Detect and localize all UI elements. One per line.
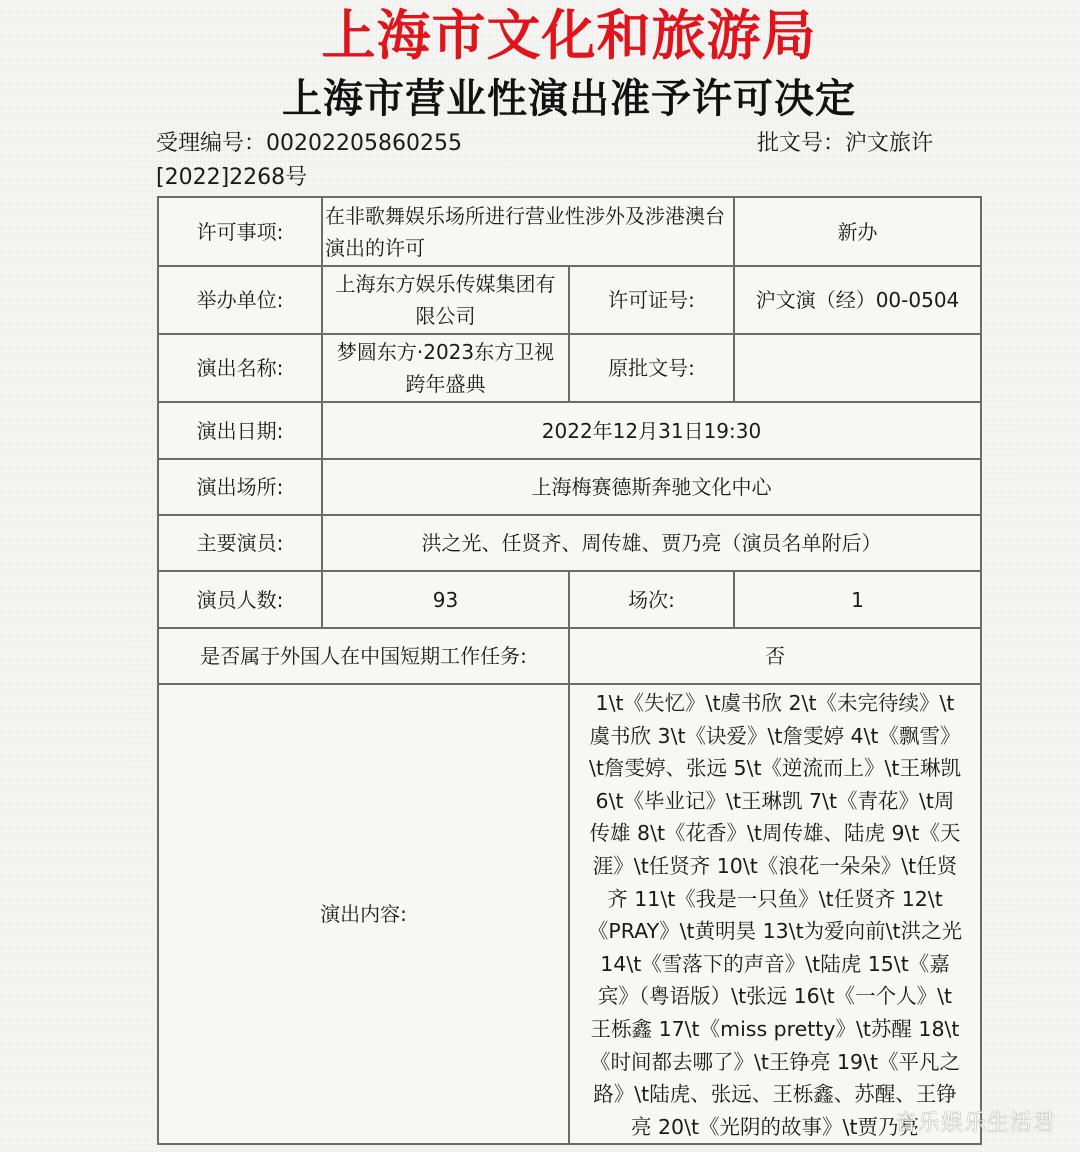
- content-line: 6\t《毕业记》\t王琳凯 7\t《青花》\t周: [572, 785, 978, 818]
- content-line: 路》\t陆虎、张远、王栎鑫、苏醒、王铮: [572, 1078, 978, 1111]
- content-line: 14\t《雪落下的声音》\t陆虎 15\t《嘉: [572, 948, 978, 981]
- acceptance-number-label: 受理编号：: [156, 131, 266, 156]
- show-name-label: 演出名称:: [158, 334, 322, 402]
- content-line: 涯》\t任贤齐 10\t《浪花一朵朵》\t任贤: [572, 850, 978, 883]
- document-title: 上海市营业性演出准予许可决定: [0, 72, 1080, 126]
- venue-value: 上海梅赛德斯奔驰文化中心: [322, 459, 981, 515]
- permit-table: 许可事项: 在非歌舞娱乐场所进行营业性涉外及涉港澳台演出的许可 新办 举办单位:…: [157, 196, 982, 1145]
- permit-type-value: 新办: [734, 197, 981, 266]
- approval-number-continued: [2022]2268号: [156, 163, 307, 193]
- acceptance-number: 受理编号：00202205860255: [156, 129, 462, 159]
- issuing-authority-title: 上海市文化和旅游局: [0, 4, 1080, 68]
- content-line: 宾》（粤语版）\t张远 16\t《一个人》\t: [572, 980, 978, 1013]
- row-performer-count: 演员人数: 93 场次: 1: [158, 571, 981, 628]
- row-main-performers: 主要演员: 洪之光、任贤齐、周传雄、贾乃亮（演员名单附后）: [158, 515, 981, 571]
- main-performers-value: 洪之光、任贤齐、周传雄、贾乃亮（演员名单附后）: [322, 515, 981, 571]
- row-organizer: 举办单位: 上海东方娱乐传媒集团有限公司 许可证号: 沪文演（经）00-0504: [158, 266, 981, 334]
- watermark: 音乐娱乐生活君: [895, 1108, 1056, 1140]
- foreigner-task-label: 是否属于外国人在中国短期工作任务:: [158, 628, 569, 684]
- content-line: 虞书欣 3\t《诀爱》\t詹雯婷 4\t《飘雪》: [572, 720, 978, 753]
- venue-label: 演出场所:: [158, 459, 322, 515]
- acceptance-number-value: 00202205860255: [266, 131, 462, 156]
- permit-item-label: 许可事项:: [158, 197, 322, 266]
- permit-item-value: 在非歌舞娱乐场所进行营业性涉外及涉港澳台演出的许可: [322, 197, 734, 266]
- content-label: 演出内容:: [158, 684, 569, 1144]
- show-date-label: 演出日期:: [158, 402, 322, 459]
- original-approval-value: [734, 334, 981, 402]
- content-line: 《时间都去哪了》\t王铮亮 19\t《平凡之: [572, 1046, 978, 1079]
- content-value: 1\t《失忆》\t虞书欣 2\t《未完待续》\t 虞书欣 3\t《诀爱》\t詹雯…: [569, 684, 981, 1144]
- organizer-label: 举办单位:: [158, 266, 322, 334]
- content-line: \t詹雯婷、张远 5\t《逆流而上》\t王琳凯: [572, 752, 978, 785]
- main-performers-label: 主要演员:: [158, 515, 322, 571]
- content-line: 传雄 8\t《花香》\t周传雄、陆虎 9\t《天: [572, 817, 978, 850]
- show-date-value: 2022年12月31日19:30: [322, 402, 981, 459]
- content-line: 《PRAY》\t黄明昊 13\t为爱向前\t洪之光: [572, 915, 978, 948]
- approval-number: 批文号：沪文旅许: [757, 129, 933, 159]
- sessions-value: 1: [734, 571, 981, 628]
- foreigner-task-value: 否: [569, 628, 981, 684]
- row-show-name: 演出名称: 梦圆东方·2023东方卫视跨年盛典 原批文号:: [158, 334, 981, 402]
- show-name-value: 梦圆东方·2023东方卫视跨年盛典: [322, 334, 569, 402]
- row-venue: 演出场所: 上海梅赛德斯奔驰文化中心: [158, 459, 981, 515]
- organizer-value: 上海东方娱乐传媒集团有限公司: [322, 266, 569, 334]
- content-line: 齐 11\t《我是一只鱼》\t任贤齐 12\t: [572, 883, 978, 916]
- sessions-label: 场次:: [569, 571, 734, 628]
- row-show-date: 演出日期: 2022年12月31日19:30: [158, 402, 981, 459]
- row-content: 演出内容: 1\t《失忆》\t虞书欣 2\t《未完待续》\t 虞书欣 3\t《诀…: [158, 684, 981, 1144]
- row-foreigner-task: 是否属于外国人在中国短期工作任务: 否: [158, 628, 981, 684]
- approval-number-label: 批文号：: [757, 131, 845, 156]
- content-line: 王栎鑫 17\t《miss pretty》\t苏醒 18\t: [572, 1013, 978, 1046]
- approval-number-value-part1: 沪文旅许: [845, 131, 933, 156]
- row-permit-item: 许可事项: 在非歌舞娱乐场所进行营业性涉外及涉港澳台演出的许可 新办: [158, 197, 981, 266]
- license-number-value: 沪文演（经）00-0504: [734, 266, 981, 334]
- performer-count-value: 93: [322, 571, 569, 628]
- license-number-label: 许可证号:: [569, 266, 734, 334]
- content-line: 1\t《失忆》\t虞书欣 2\t《未完待续》\t: [572, 687, 978, 720]
- performer-count-label: 演员人数:: [158, 571, 322, 628]
- original-approval-label: 原批文号:: [569, 334, 734, 402]
